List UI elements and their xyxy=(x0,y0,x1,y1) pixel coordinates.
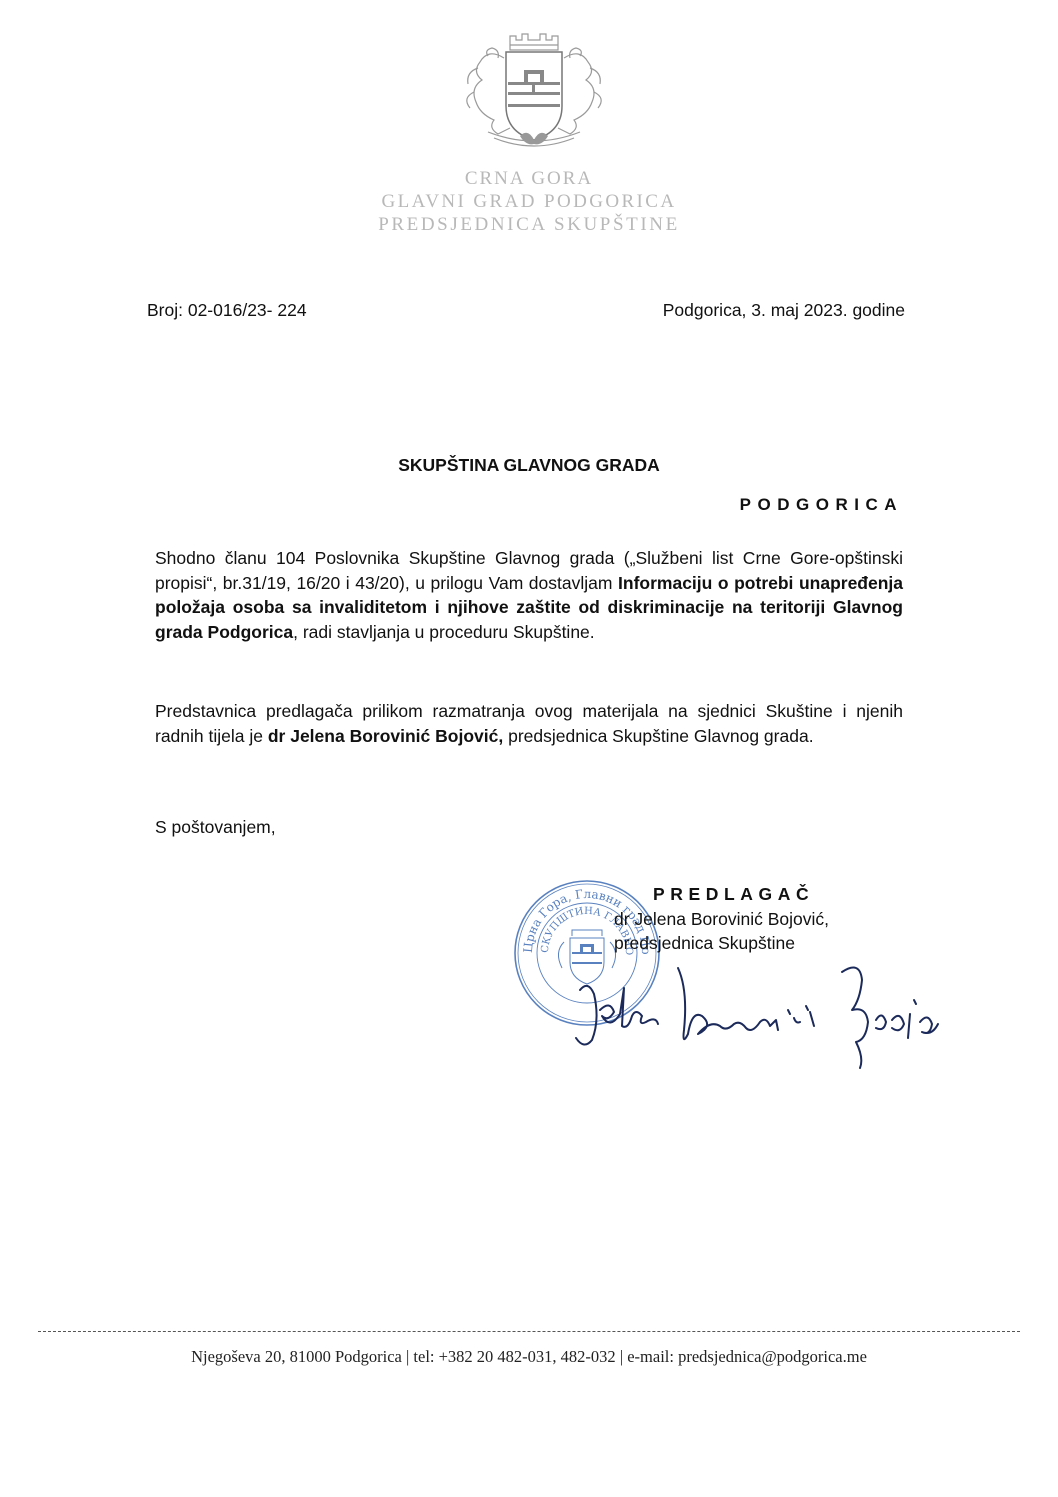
signatory-name: dr Jelena Borovinić Bojović, xyxy=(614,909,829,930)
letterhead-country: CRNA GORA xyxy=(0,168,1058,190)
letterhead-city: GLAVNI GRAD PODGORICA xyxy=(0,191,1058,213)
closing-salutation: S poštovanjem, xyxy=(155,817,276,838)
body-paragraph-1: Shodno članu 104 Poslovnika Skupštine Gl… xyxy=(155,546,903,644)
paragraph-text: predsjednica Skupštine Glavnog grada. xyxy=(503,726,813,746)
footer-contact: Njegoševa 20, 81000 Podgorica | tel: +38… xyxy=(0,1347,1058,1367)
representative-name: dr Jelena Borovinić Bojović, xyxy=(268,726,503,746)
recipient-city: PODGORICA xyxy=(740,495,903,515)
reference-number: Broj: 02-016/23- 224 xyxy=(147,299,307,322)
handwritten-signature-icon xyxy=(570,950,960,1070)
signature-title: PREDLAGAČ xyxy=(653,884,814,905)
body-paragraph-2: Predstavnica predlagača prilikom razmatr… xyxy=(155,699,903,748)
letterhead-office: PREDSJEDNICA SKUPŠTINE xyxy=(0,214,1058,236)
footer-divider xyxy=(38,1331,1020,1332)
coat-of-arms-icon xyxy=(458,28,610,154)
recipient-name: SKUPŠTINA GLAVNOG GRADA xyxy=(0,455,1058,476)
paragraph-text: , radi stavljanja u proceduru Skupštine. xyxy=(293,622,595,642)
document-date: Podgorica, 3. maj 2023. godine xyxy=(663,299,905,322)
